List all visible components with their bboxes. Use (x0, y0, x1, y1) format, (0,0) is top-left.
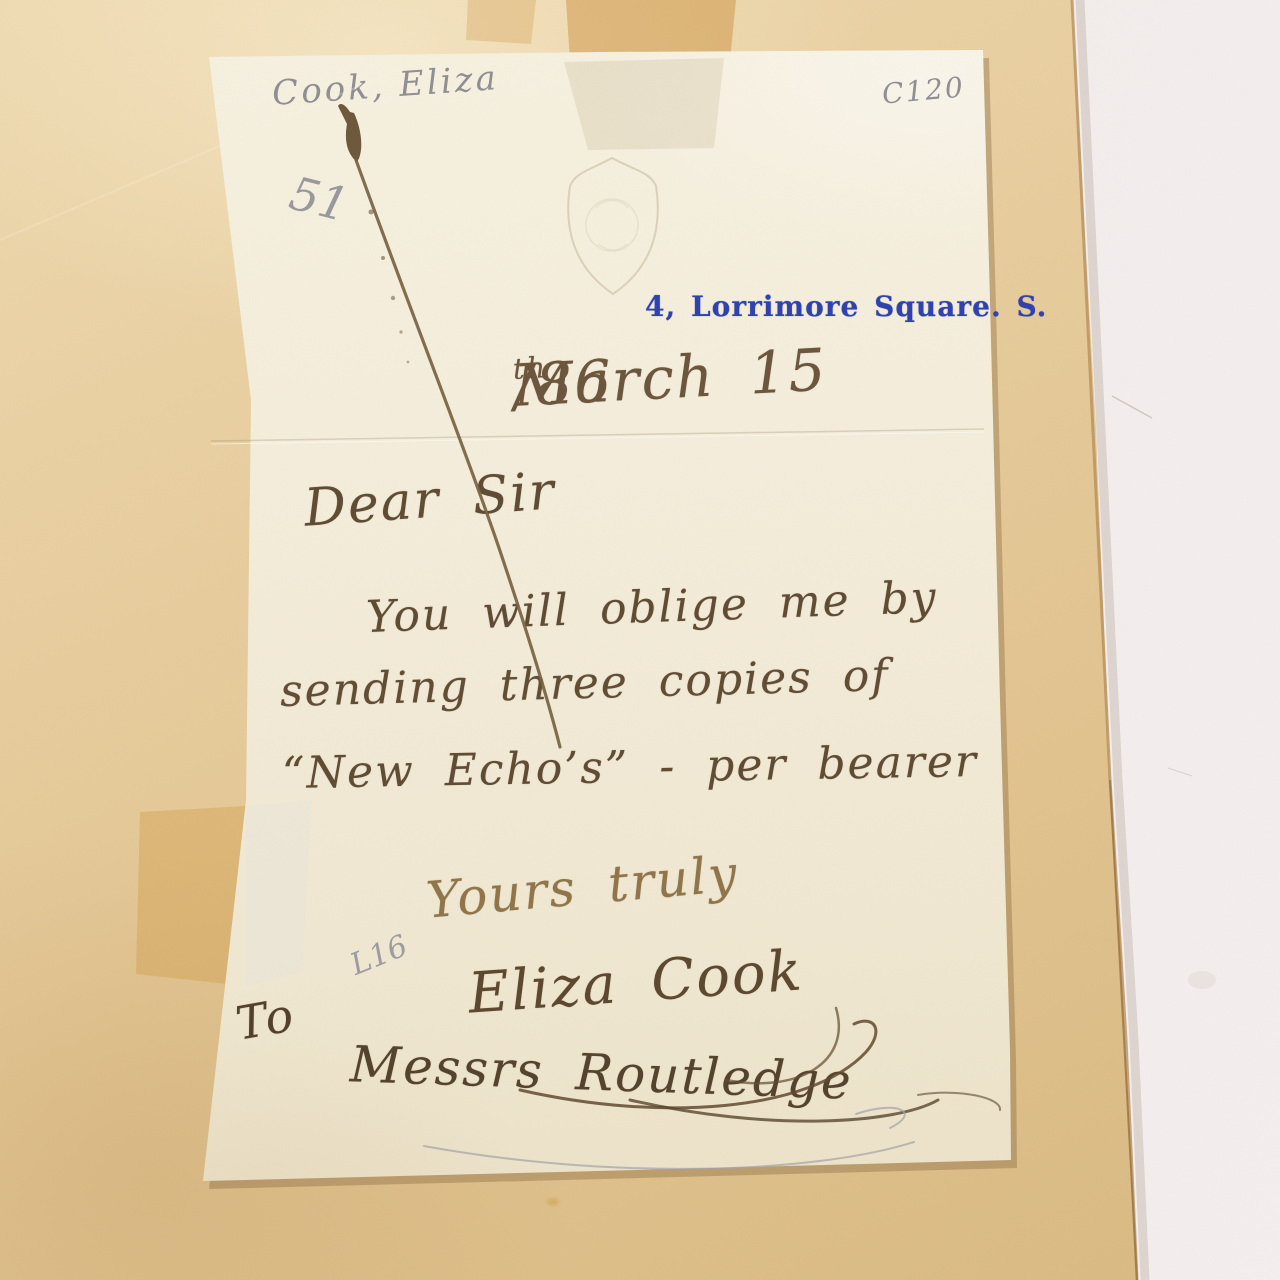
printed-letterhead-address: 4, Lorrimore Square. S. (645, 290, 1047, 323)
ink-stain (544, 1196, 562, 1208)
addressee-to: To (232, 987, 299, 1050)
date-year: /86 (512, 347, 615, 420)
photograph-of-letter: Cook, Eliza C120 51 L16 4, Lorrimore Squ… (0, 0, 1280, 1280)
page-scratches (1112, 396, 1216, 989)
